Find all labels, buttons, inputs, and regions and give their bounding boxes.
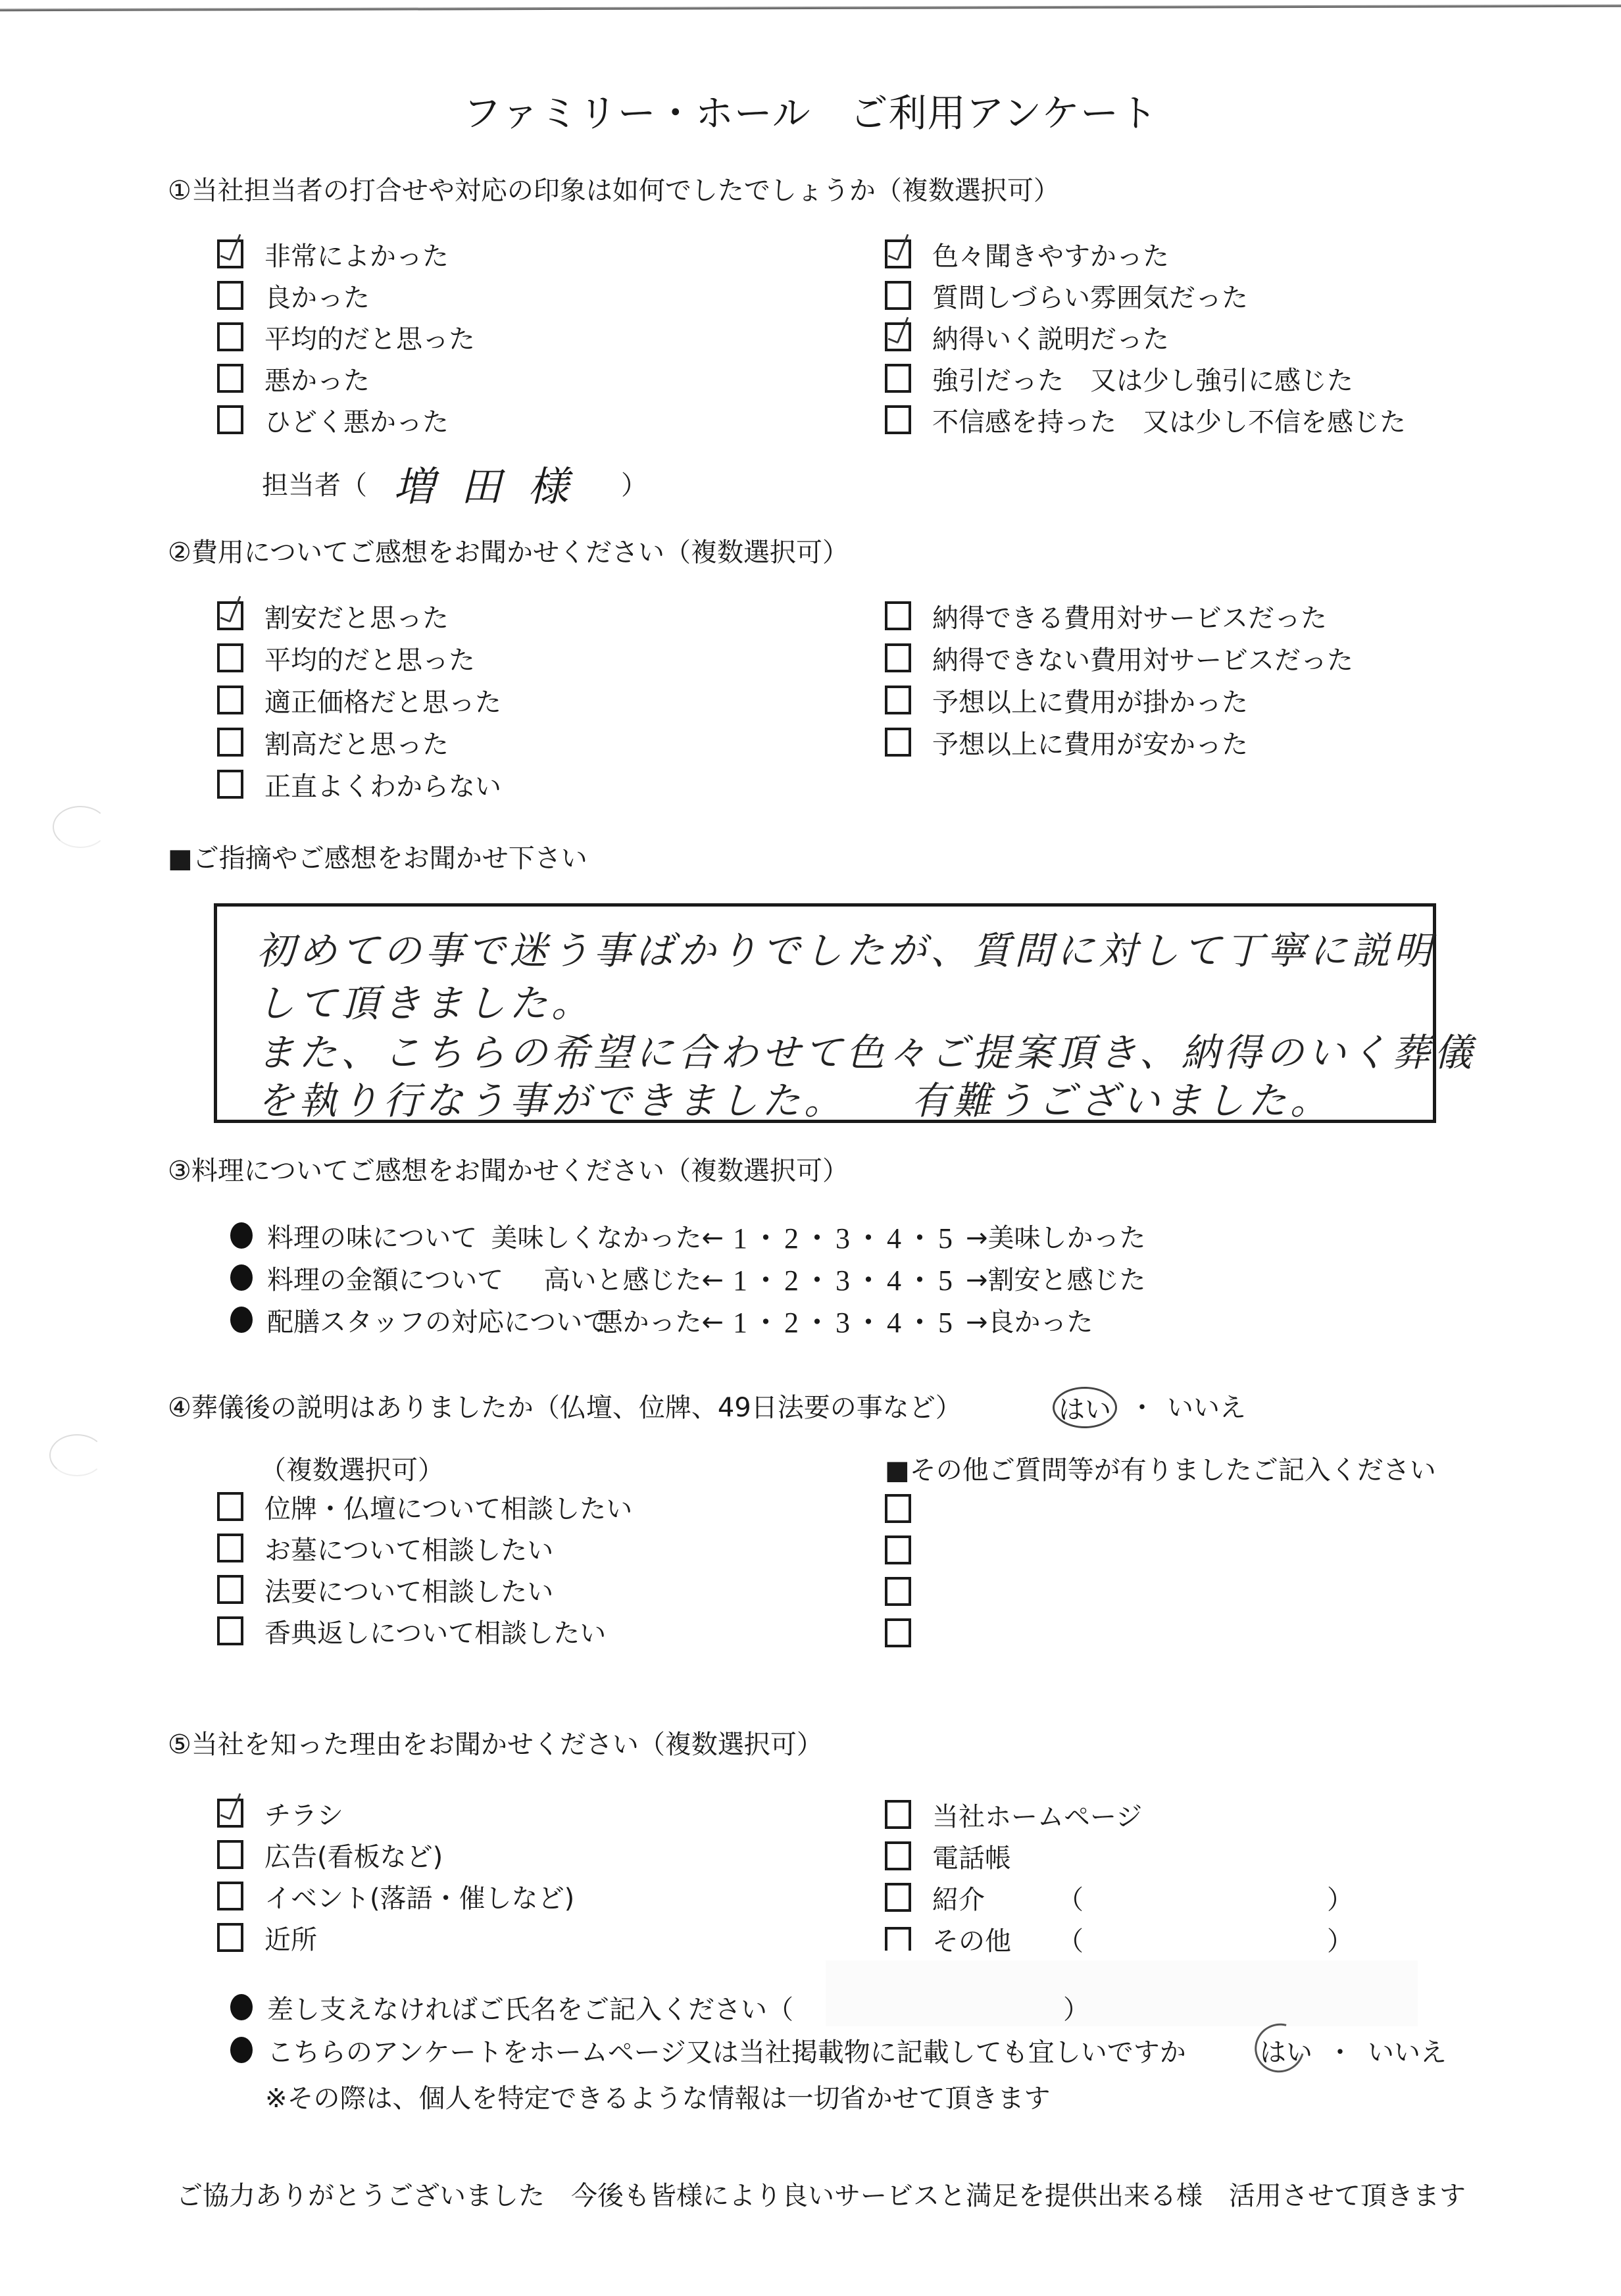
paren-close: ） (1327, 1920, 1353, 1958)
option-label: 正直よくわからない (264, 766, 501, 803)
q4-left-options: 位牌・仏壇について相談したい お墓について相談したい 法要について相談したい 香… (217, 1488, 632, 1649)
comments-header: ■ご指摘やご感想をお聞かせ下さい (168, 837, 587, 875)
option-label: 位牌・仏壇について相談したい (264, 1488, 632, 1526)
staff-field: 担当者（ 増田様 ） (262, 454, 647, 512)
q2-header: ②費用についてご感想をお聞かせください（複数選択可） (168, 532, 849, 569)
scale-low-label: 美味しくなかった← (355, 1217, 724, 1255)
q1-header: ①当社担当者の打合せや対応の印象は如何でしたでしょうか（複数選択可） (168, 170, 1060, 207)
q1-option-very-good[interactable]: 非常によかった (217, 236, 475, 272)
checkbox[interactable] (217, 1882, 243, 1910)
checkbox[interactable] (217, 1616, 243, 1645)
checkbox[interactable] (217, 1840, 243, 1869)
checkbox[interactable] (217, 1492, 243, 1521)
checkbox[interactable] (217, 364, 243, 393)
q4-multi-note: （複数選択可） (260, 1449, 444, 1487)
option-label: その他 (932, 1920, 1057, 1958)
checkbox-checked[interactable] (217, 1799, 243, 1828)
option-label: 予想以上に費用が掛かった (932, 682, 1248, 719)
rating-scale-taste[interactable]: 美味しくなかった← 1・2・3・4・5 →美味しかった (355, 1217, 1146, 1254)
option-label: 法要について相談したい (264, 1571, 553, 1609)
privacy-note: ※その際は、個人を特定できるような情報は一切省かせて頂きます (265, 2078, 1051, 2115)
handwritten-line-3: また、こちらの希望に合わせて色々ご提案頂き、納得のいく葬儀 (257, 1022, 1476, 1077)
q5-option-ad[interactable]: 広告(看板など) (217, 1836, 574, 1873)
publish-no[interactable]: いいえ (1368, 2032, 1447, 2069)
q4-no[interactable]: いいえ (1167, 1387, 1246, 1428)
publish-yes-circled[interactable]: はい (1260, 2032, 1312, 2069)
option-label: 適正価格だと思った (264, 682, 501, 719)
checkbox[interactable] (885, 405, 911, 434)
name-field-row: 差し支えなければご氏名をご記入ください（ ） (230, 1989, 1089, 2026)
option-label: イベント(落語・催しなど) (264, 1878, 574, 1915)
option-label: 質問しづらい雰囲気だった (932, 277, 1248, 314)
rating-scale-price[interactable]: 高いと感じた← 1・2・3・4・5 →割安と感じた (355, 1259, 1146, 1296)
bullet-icon (230, 1307, 253, 1333)
q4-other-item[interactable] (885, 1532, 932, 1568)
q1-option-satisfying-explanation[interactable]: 納得いく説明だった (885, 318, 1406, 355)
q4-option-memorial[interactable]: 法要について相談したい (217, 1571, 632, 1608)
q5-header: ⑤当社を知った理由をお聞かせください（複数選択可） (168, 1724, 823, 1761)
q4-option-altar[interactable]: 位牌・仏壇について相談したい (217, 1488, 632, 1525)
q4-option-grave[interactable]: お墓について相談したい (217, 1530, 632, 1566)
name-prompt: 差し支えなければご氏名をご記入ください（ (267, 1989, 793, 2026)
scale-values[interactable]: 1・2・3・4・5 (724, 1257, 966, 1299)
checkbox[interactable] (217, 728, 243, 757)
option-label: 平均的だと思った (264, 318, 475, 356)
scale-high-label: →割安と感じた (966, 1259, 1146, 1297)
checkbox[interactable] (217, 281, 243, 310)
q5-option-phonebook[interactable]: 電話帳 (885, 1837, 1353, 1874)
q5-left-options: チラシ 広告(看板など) イベント(落語・催しなど) 近所 (217, 1795, 574, 1956)
checkbox-checked[interactable] (217, 601, 243, 630)
option-label: 予想以上に費用が安かった (932, 724, 1248, 761)
checkbox[interactable] (217, 643, 243, 672)
scale-low-label: 高いと感じた← (355, 1259, 724, 1297)
checkbox-checked[interactable] (217, 239, 243, 268)
option-label: 悪かった (264, 360, 370, 397)
checkbox[interactable] (885, 1618, 911, 1647)
checkbox[interactable] (885, 1577, 911, 1606)
q2-option-fair-price[interactable]: 適正価格だと思った (217, 682, 501, 718)
option-label: 割安だと思った (264, 597, 449, 635)
option-label: 当社ホームページ (932, 1796, 1142, 1834)
q3-header: ③料理についてご感想をお聞かせください（複数選択可） (168, 1150, 849, 1187)
checkbox[interactable] (217, 1575, 243, 1604)
paren-close: ） (1063, 1989, 1089, 2026)
checkbox[interactable] (217, 1534, 243, 1562)
q2-option-cheap[interactable]: 割安だと思った (217, 597, 501, 634)
q5-option-referral[interactable]: 紹介 （ ） (885, 1879, 1353, 1916)
option-label: 非常によかった (264, 236, 449, 273)
scale-values[interactable]: 1・2・3・4・5 (724, 1299, 966, 1341)
bullet-icon (230, 1264, 253, 1291)
comments-textarea[interactable]: 初めての事で迷う事ばかりでしたが、質問に対して丁寧に説明 して頂きました。 また… (214, 903, 1436, 1123)
scale-high-label: →美味しかった (966, 1217, 1146, 1255)
staff-label: 担当者（ (262, 464, 367, 502)
option-label: 色々聞きやすかった (932, 236, 1169, 273)
publish-yes-no: はい ・ いいえ (1260, 2032, 1447, 2068)
margin-punch-mark (53, 806, 108, 848)
separator: ・ (1129, 1387, 1155, 1428)
option-label: 納得できない費用対サービスだった (932, 639, 1353, 677)
q5-option-event[interactable]: イベント(落語・催しなど) (217, 1878, 574, 1914)
checkbox-checked[interactable] (885, 322, 911, 351)
scan-top-edge (0, 5, 1621, 11)
scale-values[interactable]: 1・2・3・4・5 (724, 1214, 966, 1257)
q2-right-options: 納得できる費用対サービスだった 納得できない費用対サービスだった 予想以上に費用… (885, 597, 1353, 761)
q2-option-cost-less[interactable]: 予想以上に費用が安かった (885, 724, 1353, 761)
q5-option-other[interactable]: その他 （ ） (885, 1920, 1353, 1957)
option-label: 紹介 (932, 1879, 1057, 1916)
checkbox[interactable] (885, 728, 911, 757)
handwritten-line-4: を執り行なう事ができました。 有難うございました。 (257, 1070, 1332, 1125)
q2-option-cost-more[interactable]: 予想以上に費用が掛かった (885, 682, 1353, 718)
checkbox-checked[interactable] (885, 239, 911, 268)
checkbox[interactable] (217, 770, 243, 799)
q4-other-item[interactable] (885, 1573, 932, 1610)
q2-option-good-value[interactable]: 納得できる費用対サービスだった (885, 597, 1353, 634)
scale-low-label: 悪かった← (355, 1301, 724, 1339)
q1-right-options: 色々聞きやすかった 質問しづらい雰囲気だった 納得いく説明だった 強引だった 又… (885, 236, 1406, 438)
q5-option-neighborhood[interactable]: 近所 (217, 1919, 574, 1956)
q1-option-distrust[interactable]: 不信感を持った 又は少し不信を感じた (885, 401, 1406, 438)
option-label: 強引だった 又は少し強引に感じた (932, 360, 1353, 397)
q1-option-good[interactable]: 良かった (217, 277, 475, 314)
option-label: 香典返しについて相談したい (264, 1612, 606, 1650)
staff-paren-close: ） (621, 464, 647, 502)
checkbox[interactable] (885, 281, 911, 310)
q4-yes-circled[interactable]: はい (1053, 1387, 1117, 1428)
footer-thanks: ご協力ありがとうございました 今後も皆様により良いサービスと満足を提供出来る様 … (176, 2175, 1466, 2212)
q2-left-options: 割安だと思った 平均的だと思った 適正価格だと思った 割高だと思った 正直よくわ… (217, 597, 501, 803)
checkbox[interactable] (885, 1494, 911, 1523)
q2-option-average[interactable]: 平均的だと思った (217, 639, 501, 676)
option-label: 割高だと思った (264, 724, 449, 761)
option-label: お墓について相談したい (264, 1530, 553, 1567)
q4-yes-no: はい ・ いいえ (1053, 1387, 1246, 1428)
q4-header: ④葬儀後の説明はありましたか（仏壇、位牌、49日法要の事など） (168, 1387, 962, 1424)
paren-open: （ (1057, 1920, 1084, 1958)
option-label: 良かった (264, 277, 370, 314)
option-label: 広告(看板など) (264, 1836, 443, 1874)
q2-option-unsure[interactable]: 正直よくわからない (217, 766, 501, 803)
checkbox[interactable] (885, 643, 911, 672)
q5-option-homepage[interactable]: 当社ホームページ (885, 1796, 1353, 1833)
handwritten-line-1: 初めての事で迷う事ばかりでしたが、質問に対して丁寧に説明 (257, 920, 1435, 975)
q4-option-return-gift[interactable]: 香典返しについて相談したい (217, 1612, 632, 1649)
paren-close: ） (1327, 1879, 1353, 1916)
q2-option-poor-value[interactable]: 納得できない費用対サービスだった (885, 639, 1353, 676)
checkbox[interactable] (217, 1923, 243, 1952)
margin-punch-mark (49, 1434, 105, 1476)
option-label: ひどく悪かった (264, 401, 449, 439)
paren-open: （ (1057, 1879, 1084, 1916)
checkbox[interactable] (885, 1841, 911, 1870)
q2-option-expensive[interactable]: 割高だと思った (217, 724, 501, 761)
q1-option-easy-to-ask[interactable]: 色々聞きやすかった (885, 236, 1406, 272)
q3-scales: 美味しくなかった← 1・2・3・4・5 →美味しかった 高いと感じた← 1・2・… (355, 1217, 1146, 1338)
bullet-icon (230, 2037, 253, 2063)
checkbox[interactable] (885, 1800, 911, 1829)
checkbox[interactable] (885, 1883, 911, 1912)
publish-prompt: こちらのアンケートをホームページ又は当社掲載物に記載しても宜しいですか (267, 2032, 1186, 2069)
page-title: ファミリー・ホール ご利用アンケート (0, 82, 1621, 137)
checkbox[interactable] (885, 1535, 911, 1564)
q1-option-pushy[interactable]: 強引だった 又は少し強引に感じた (885, 360, 1406, 397)
q4-other-boxes (885, 1490, 932, 1651)
checkbox[interactable] (217, 322, 243, 351)
q5-option-flyer[interactable]: チラシ (217, 1795, 574, 1832)
checkbox[interactable] (885, 1927, 911, 1951)
q1-option-average[interactable]: 平均的だと思った (217, 318, 475, 355)
q5-right-options: 当社ホームページ 電話帳 紹介 （ ） その他 （ ） (885, 1796, 1353, 1957)
handwritten-line-2: して頂きました。 (257, 972, 593, 1028)
option-label: 近所 (264, 1919, 317, 1957)
staff-name-handwritten[interactable]: 増田様 (393, 454, 595, 512)
q4-other-item[interactable] (885, 1490, 932, 1527)
q4-other-item[interactable] (885, 1614, 932, 1651)
checkbox[interactable] (885, 364, 911, 393)
checkbox[interactable] (217, 686, 243, 714)
option-label: チラシ (264, 1795, 343, 1832)
checkbox[interactable] (885, 601, 911, 630)
q1-option-very-bad[interactable]: ひどく悪かった (217, 401, 475, 438)
option-label: 不信感を持った 又は少し不信を感じた (932, 401, 1406, 439)
option-label: 納得いく説明だった (932, 318, 1169, 356)
bullet-icon (230, 1994, 253, 2020)
q1-option-bad[interactable]: 悪かった (217, 360, 475, 397)
option-label: 平均的だと思った (264, 639, 475, 677)
publish-consent-row: こちらのアンケートをホームページ又は当社掲載物に記載しても宜しいですか (230, 2032, 1186, 2068)
checkbox[interactable] (217, 405, 243, 434)
option-label: 納得できる費用対サービスだった (932, 597, 1327, 635)
option-label: 電話帳 (932, 1837, 1011, 1875)
scale-high-label: →良かった (966, 1301, 1093, 1339)
q4-other-header: ■その他ご質問等が有りましたご記入ください (885, 1449, 1436, 1487)
rating-scale-staff[interactable]: 悪かった← 1・2・3・4・5 →良かった (355, 1301, 1146, 1338)
q1-left-options: 非常によかった 良かった 平均的だと思った 悪かった ひどく悪かった (217, 236, 475, 438)
separator: ・ (1327, 2032, 1353, 2069)
checkbox[interactable] (885, 686, 911, 714)
bullet-icon (230, 1222, 253, 1249)
q1-option-hard-to-ask[interactable]: 質問しづらい雰囲気だった (885, 277, 1406, 314)
